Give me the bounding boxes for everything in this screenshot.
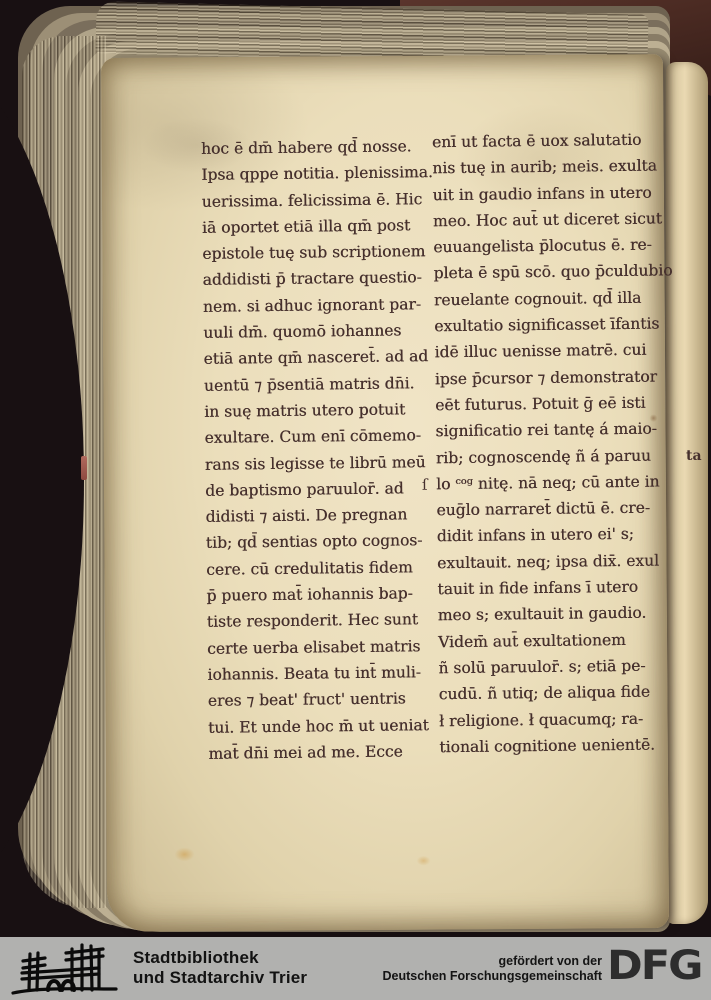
manuscript-line: tionali cognitione uenientē. — [439, 731, 677, 760]
manuscript-line: nis tuę in aurib; meis. exulta — [432, 153, 670, 182]
manuscript-line: ipse p̄cursor ⁊ demonstrator — [435, 363, 673, 392]
manuscript-line: cere. cū credulitatis fidem — [206, 554, 434, 583]
manuscript-line: enī ut facta ē uox salutatio — [432, 126, 670, 155]
manuscript-line: significatio rei tantę á maio- — [435, 416, 673, 445]
manuscript-line: rans sis legisse te librū meū — [205, 449, 433, 478]
funding-credit: gefördert von der Deutschen Forschungsge… — [262, 954, 602, 983]
manuscript-line: euḡlo narraret̄ dictū ē. cre- — [436, 495, 674, 524]
text-column-right: enī ut facta ē uox salutationis tuę in a… — [432, 126, 678, 760]
manuscript-line: de baptismo paruulor̄. ad — [205, 475, 433, 504]
manuscript-line: p̄ puero mat̄ iohannis bap- — [206, 580, 434, 609]
bookmark-tab — [81, 456, 87, 480]
manuscript-line: uerissima. felicissima ē. Hic — [201, 186, 429, 215]
manuscript-line: didit infans in utero ei' s; — [437, 521, 675, 550]
manuscript-line: euuangelista p̄locutus ē. re- — [433, 232, 671, 261]
manuscript-line: Videm̄ aut̄ exultationem — [438, 626, 676, 655]
manuscript-line: didisti ⁊ aisti. De pregnan — [205, 501, 433, 530]
manuscript-line: reuelante cognouit. qd̄ illa — [434, 284, 672, 313]
manuscript-line: mat̄ dn̄i mei ad me. Ecce — [208, 738, 436, 767]
manuscript-line: pleta ē spū scō. quo p̄culdubio — [433, 258, 671, 287]
manuscript-scan-photo: ta hoc ē dm̄ habere qd̄ nosse.Ipsa qppe … — [0, 0, 711, 1000]
manuscript-line: idē illuc uenisse matrē. cui — [434, 337, 672, 366]
manuscript-line: tui. Et unde hoc m̄ ut ueniat — [208, 712, 436, 741]
manuscript-line: exultare. Cum enī cōmemo- — [204, 422, 432, 451]
funding-line1: gefördert von der — [262, 954, 602, 969]
manuscript-line: nem. si adhuc ignorant par- — [203, 291, 431, 320]
manuscript-line: meo. Hoc aut̄ ut diceret sicut — [433, 205, 671, 234]
text-column-left: hoc ē dm̄ habere qd̄ nosse.Ipsa qppe not… — [201, 133, 437, 767]
manuscript-line: tib; qd̄ sentias opto cognos- — [206, 528, 434, 557]
manuscript-line: rib; cognoscendę ñ á paruu — [436, 442, 674, 471]
manuscript-line: uentū ⁊ p̄sentiā matris dn̄i. — [204, 370, 432, 399]
manuscript-line: meo s; exultauit in gaudio. — [438, 600, 676, 629]
manuscript-line: exultauit. neq; ipsa dix̄. exul — [437, 547, 675, 576]
manuscript-line: lo ᶜᵒᵍ nitę. nā neq; cū ante in — [436, 468, 674, 497]
manuscript-line: ł religione. ł quacumq; ra- — [439, 705, 677, 734]
gutter-correction-mark: ſ — [422, 476, 428, 494]
manuscript-line: iā oportet etiā illa qm̄ post — [202, 212, 430, 241]
parchment-stain — [417, 856, 431, 866]
next-page-text-fragment: ta — [686, 448, 702, 464]
manuscript-line: uuli dm̄. quomō iohannes — [203, 317, 431, 346]
manuscript-line: addidisti p̄ tractare questio- — [202, 265, 430, 294]
parchment-stain — [174, 847, 194, 861]
manuscript-line: tauit in fide infans ī utero — [437, 573, 675, 602]
manuscript-line: in suę matris utero potuit — [204, 396, 432, 425]
funding-line2: Deutschen Forschungsgemeinschaft — [262, 969, 602, 984]
manuscript-line: cudū. ñ utiq; de aliqua fide — [439, 679, 677, 708]
manuscript-line: uit in gaudio infans in utero — [432, 179, 670, 208]
manuscript-line: exultatio significasset īfantis — [434, 310, 672, 339]
manuscript-line: epistole tuę sub scriptionem — [202, 238, 430, 267]
porta-nigra-logo-icon — [10, 940, 120, 998]
manuscript-line: iohannis. Beata tu int̄ muli- — [207, 659, 435, 688]
manuscript-line: Ipsa qppe notitia. plenissima. — [201, 159, 429, 188]
manuscript-line: etiā ante qm̄ nasceret̄. ad ad — [203, 343, 431, 372]
manuscript-line: eēt futurus. Potuit ḡ eē isti — [435, 389, 673, 418]
manuscript-line: eres ⁊ beat' fruct' uentris — [208, 685, 436, 714]
manuscript-line: hoc ē dm̄ habere qd̄ nosse. — [201, 133, 429, 162]
manuscript-line: tiste responderit. Hec sunt — [207, 606, 435, 635]
manuscript-page: hoc ē dm̄ habere qd̄ nosse.Ipsa qppe not… — [101, 54, 669, 932]
manuscript-line: ñ solū paruulor̄. s; etiā pe- — [438, 652, 676, 681]
footer-banner: Stadtbibliothek und Stadtarchiv Trier ge… — [0, 937, 711, 1000]
manuscript-line: certe uerba elisabet matris — [207, 633, 435, 662]
dfg-logo: DFG — [607, 943, 701, 990]
